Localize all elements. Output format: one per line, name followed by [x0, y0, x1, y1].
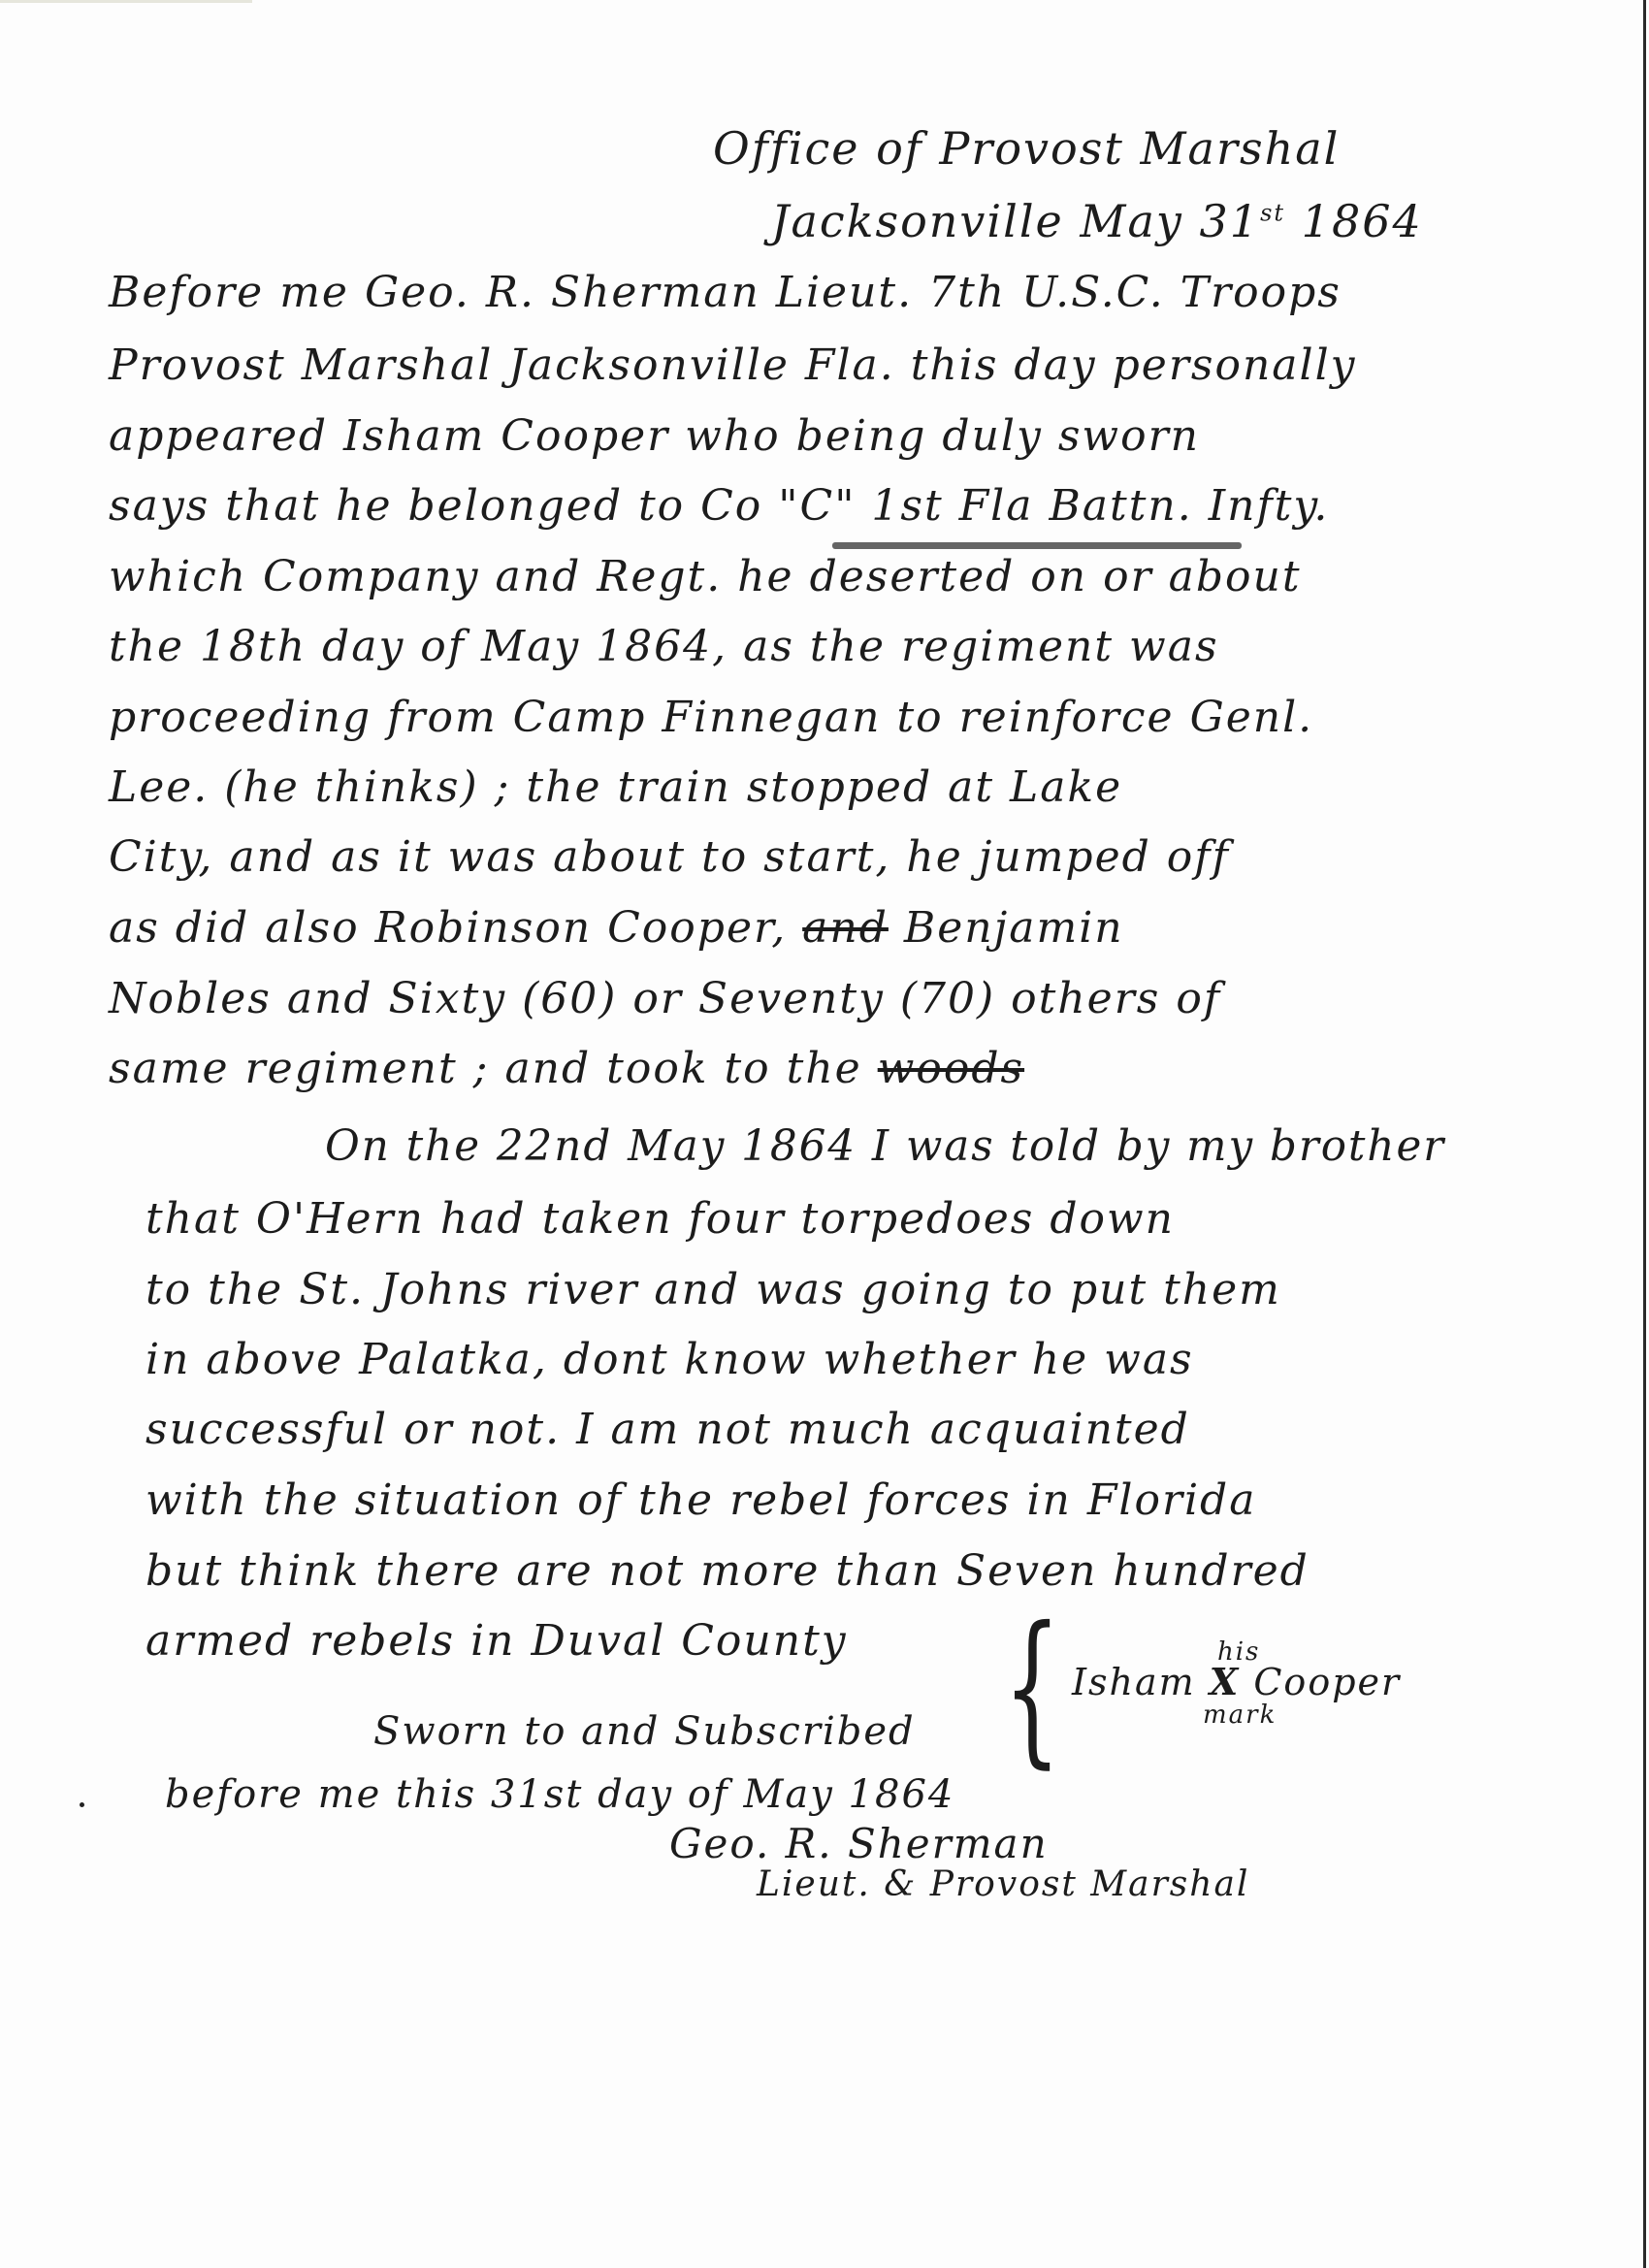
scan-edge-right	[1643, 0, 1646, 2268]
line-text: Benjamin	[889, 903, 1124, 953]
paragraph-2-line: that O'Hern had taken four torpedoes dow…	[145, 1198, 1175, 1241]
struck-word: woods	[878, 1044, 1024, 1093]
paragraph-2-line: On the 22nd May 1864 I was told by my br…	[325, 1125, 1445, 1168]
underline-mark	[832, 542, 1242, 549]
paragraph-1-line: appeared Isham Cooper who being duly swo…	[109, 415, 1200, 458]
his-label: his	[1217, 1639, 1260, 1665]
paragraph-2-line: armed rebels in Duval County	[145, 1620, 848, 1663]
struck-word: and	[802, 903, 889, 953]
official-signature-title: Lieut. & Provost Marshal	[757, 1867, 1249, 1902]
paragraph-2-line: in above Palatka, dont know whether he w…	[145, 1339, 1194, 1381]
paragraph-2-line: to the St. Johns river and was going to …	[145, 1269, 1281, 1312]
heading-place-date: Jacksonville May 31st 1864	[771, 199, 1423, 243]
heading-year: 1864	[1302, 195, 1423, 247]
curly-brace: {	[1003, 1605, 1060, 1770]
margin-dot	[80, 1802, 84, 1807]
paragraph-1-line: same regiment ; and took to the woods	[109, 1048, 1024, 1090]
paragraph-1-line: says that he belonged to Co "C" 1st Fla …	[109, 485, 1329, 528]
paragraph-1-line: Lee. (he thinks) ; the train stopped at …	[109, 766, 1122, 809]
jurat-line-1: Sworn to and Subscribed	[373, 1712, 916, 1751]
line-text: same regiment ; and took to the	[109, 1044, 878, 1093]
paragraph-1-line: Nobles and Sixty (60) or Seventy (70) ot…	[109, 978, 1221, 1021]
heading-place: Jacksonville	[771, 195, 1064, 247]
paragraph-1-line: proceeding from Camp Finnegan to reinfor…	[109, 697, 1313, 739]
line-text: as did also Robinson Cooper,	[109, 903, 802, 953]
scan-edge-top	[0, 0, 252, 3]
line-text: says that he belonged to	[109, 481, 700, 531]
paragraph-1-line: City, and as it was about to start, he j…	[109, 836, 1230, 879]
scanned-document-page: Office of Provost Marshal Jacksonville M…	[0, 0, 1649, 2268]
paragraph-1-line: Before me Geo. R. Sherman Lieut. 7th U.S…	[109, 272, 1342, 314]
deponent-last-name: Cooper	[1253, 1661, 1401, 1703]
underlined-unit: Co "C" 1st Fla Battn.	[700, 481, 1193, 531]
deponent-signature: Isham X Cooper	[1072, 1664, 1401, 1701]
paragraph-1-line: as did also Robinson Cooper, and Benjami…	[109, 907, 1124, 950]
heading-date-suffix: st	[1260, 200, 1285, 227]
official-signature-name: Geo. R. Sherman	[669, 1824, 1049, 1864]
paragraph-1-line: which Company and Regt. he deserted on o…	[109, 556, 1302, 599]
paragraph-2-line: but think there are not more than Seven …	[145, 1550, 1309, 1593]
mark-label: mark	[1203, 1702, 1277, 1728]
paragraph-1-line: the 18th day of May 1864, as the regimen…	[109, 626, 1219, 668]
paragraph-2-line: with the situation of the rebel forces i…	[145, 1479, 1256, 1522]
jurat-line-2: before me this 31st day of May 1864	[165, 1775, 954, 1814]
heading-date: May 31	[1080, 195, 1260, 247]
deponent-first-name: Isham	[1072, 1661, 1196, 1703]
paragraph-1-line: Provost Marshal Jacksonville Fla. this d…	[109, 344, 1357, 387]
line-text: Infty.	[1193, 481, 1330, 531]
heading-office: Office of Provost Marshal	[713, 126, 1340, 171]
paragraph-2-line: successful or not. I am not much acquain…	[145, 1409, 1190, 1451]
